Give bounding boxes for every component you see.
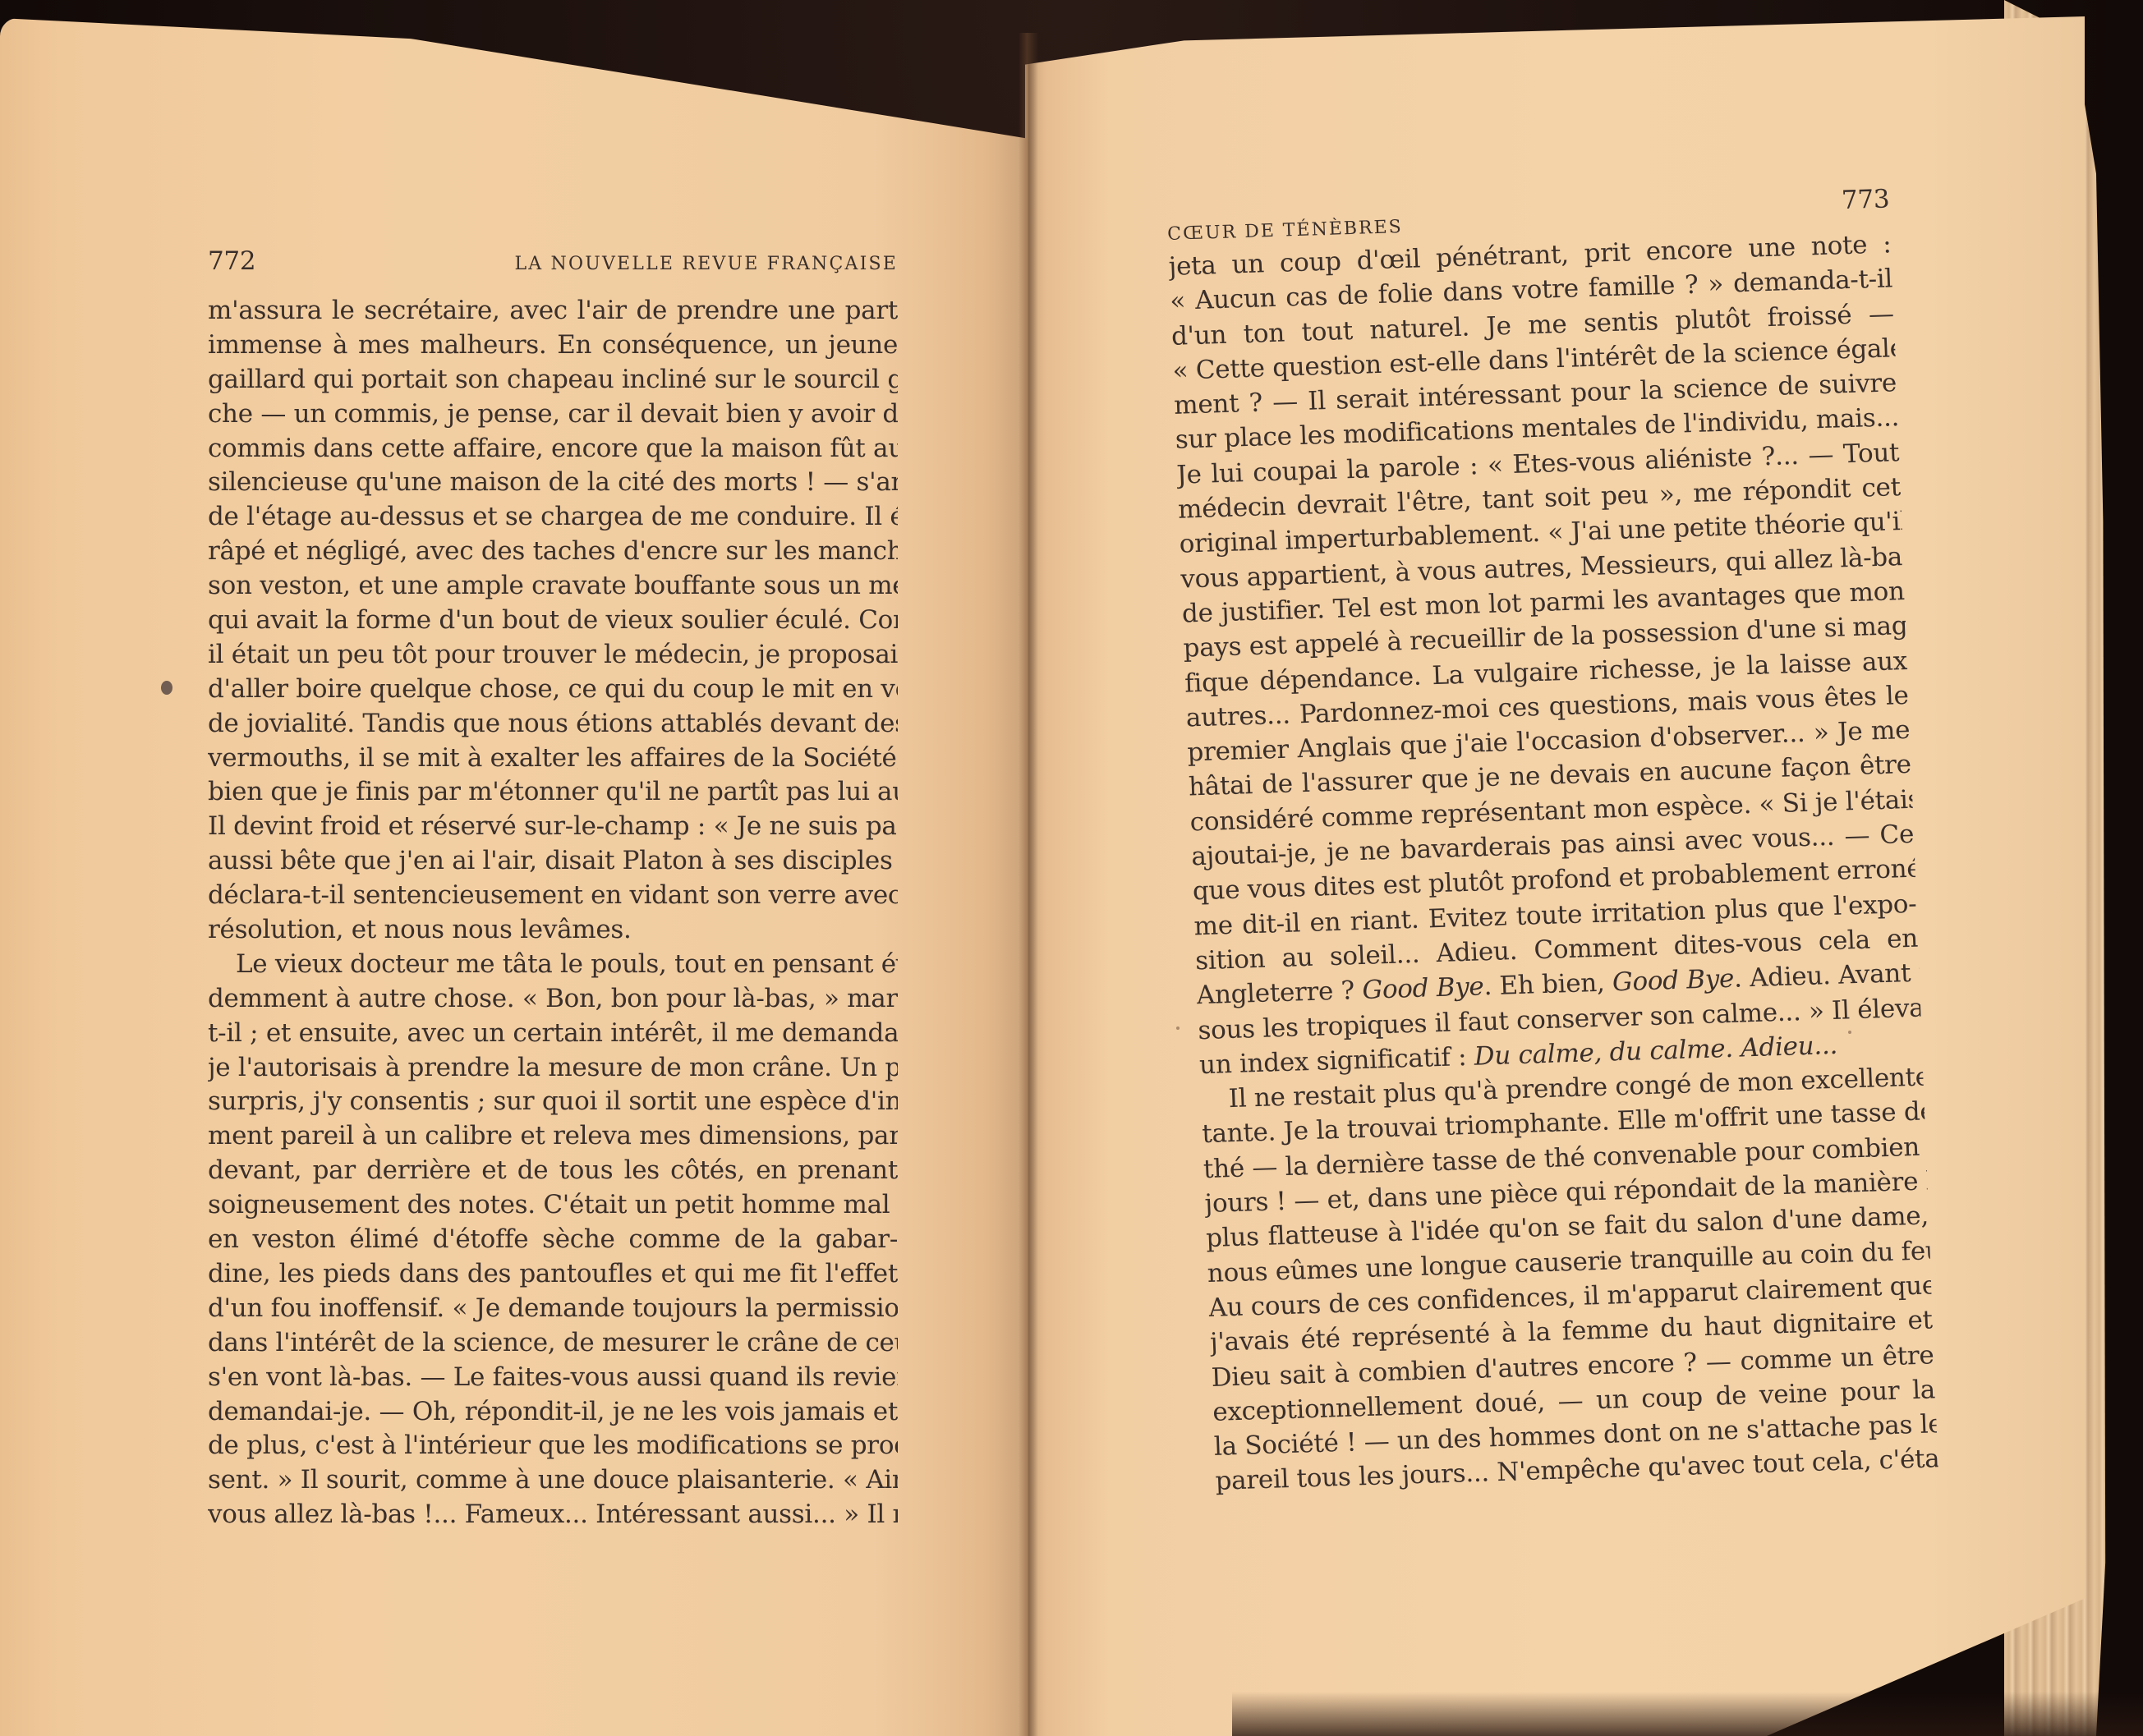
text-line: s'en vont là-bas. — Le faites-vous aussi…: [208, 1361, 898, 1395]
text-run: Angleterre ?: [1196, 976, 1363, 1010]
italic-phrase: Good Bye: [1362, 972, 1484, 1006]
left-running-head: 772 LA NOUVELLE REVUE FRANÇAISE: [208, 246, 898, 282]
text-line: râpé et négligé, avec des taches d'encre…: [208, 535, 898, 569]
text-line: che — un commis, je pense, car il devait…: [208, 397, 898, 432]
text-line: m'assura le secrétaire, avec l'air de pr…: [208, 294, 898, 328]
text-line: demandai-je. — Oh, répondit-il, je ne le…: [208, 1395, 898, 1430]
right-page-body: jeta un coup d'œil pénétrant, prit encor…: [1168, 227, 1938, 1499]
text-line: résolution, et nous nous levâmes.: [208, 913, 898, 948]
text-run: . Adieu. Avant tout: [1733, 957, 1920, 994]
text-line: d'aller boire quelque chose, ce qui du c…: [208, 673, 898, 707]
page-number: 772: [208, 246, 255, 276]
text-line: d'un fou inoffensif. « Je demande toujou…: [208, 1292, 898, 1326]
ink-spot: [161, 681, 172, 695]
text-run: un index significatif :: [1198, 1042, 1474, 1080]
text-line: ment pareil à un calibre et releva mes d…: [208, 1119, 898, 1154]
text-line: de jovialité. Tandis que nous étions att…: [208, 707, 898, 742]
text-line: dine, les pieds dans des pantoufles et q…: [208, 1257, 898, 1292]
text-line: qui avait la forme d'un bout de vieux so…: [208, 604, 898, 638]
text-line: je l'autorisais à prendre la mesure de m…: [208, 1051, 898, 1086]
text-line: vous allez là-bas !... Fameux... Intéres…: [208, 1498, 898, 1532]
text-line: de plus, c'est à l'intérieur que les mod…: [208, 1429, 898, 1463]
text-line: commis dans cette affaire, encore que la…: [208, 432, 898, 466]
text-line: t-il ; et ensuite, avec un certain intér…: [208, 1017, 898, 1051]
text-line: bien que je finis par m'étonner qu'il ne…: [208, 775, 898, 810]
text-line: Il devint froid et réservé sur-le-champ …: [208, 810, 898, 844]
text-line: demment à autre chose. « Bon, bon pour l…: [208, 982, 898, 1017]
text-line: de l'étage au-dessus et se chargea de me…: [208, 500, 898, 535]
bottom-shadow: [1232, 1692, 2143, 1736]
right-page-text: CŒUR DE TÉNÈBRES 773 jeta un coup d'œil …: [1166, 184, 1938, 1499]
text-line: gaillard qui portait son chapeau incliné…: [208, 363, 898, 397]
book-gutter: [1019, 33, 1038, 1736]
text-line: immense à mes malheurs. En conséquence, …: [208, 328, 898, 363]
text-line: aussi bête que j'en ai l'air, disait Pla…: [208, 844, 898, 879]
text-line: il était un peu tôt pour trouver le méde…: [208, 638, 898, 673]
text-line: son veston, et une ample cravate bouffan…: [208, 569, 898, 604]
page-number: 773: [1841, 184, 1890, 215]
text-line: surpris, j'y consentis ; sur quoi il sor…: [208, 1085, 898, 1119]
italic-phrase: Good Bye: [1612, 964, 1734, 998]
left-page-text: 772 LA NOUVELLE REVUE FRANÇAISE m'assura…: [208, 246, 898, 1532]
running-head-title: LA NOUVELLE REVUE FRANÇAISE: [514, 254, 898, 274]
text-line: en veston élimé d'étoffe sèche comme de …: [208, 1223, 898, 1257]
book-photo-scene: 772 LA NOUVELLE REVUE FRANÇAISE m'assura…: [0, 0, 2143, 1736]
running-head-title: CŒUR DE TÉNÈBRES: [1167, 217, 1403, 245]
text-run: . Eh bien,: [1483, 968, 1613, 1002]
text-line: silencieuse qu'une maison de la cité des…: [208, 466, 898, 500]
text-line: vermouths, il se mit à exalter les affai…: [208, 742, 898, 776]
text-line: Le vieux docteur me tâta le pouls, tout …: [208, 948, 898, 982]
text-line: soigneusement des notes. C'était un peti…: [208, 1188, 898, 1223]
paper-speck: [1176, 1026, 1180, 1030]
text-line: déclara-t-il sentencieusement en vidant …: [208, 879, 898, 913]
text-line: dans l'intérêt de la science, de mesurer…: [208, 1326, 898, 1361]
text-line: devant, par derrière et de tous les côté…: [208, 1154, 898, 1188]
text-line: sent. » Il sourit, comme à une douce pla…: [208, 1463, 898, 1498]
left-page-body: m'assura le secrétaire, avec l'air de pr…: [208, 294, 898, 1532]
